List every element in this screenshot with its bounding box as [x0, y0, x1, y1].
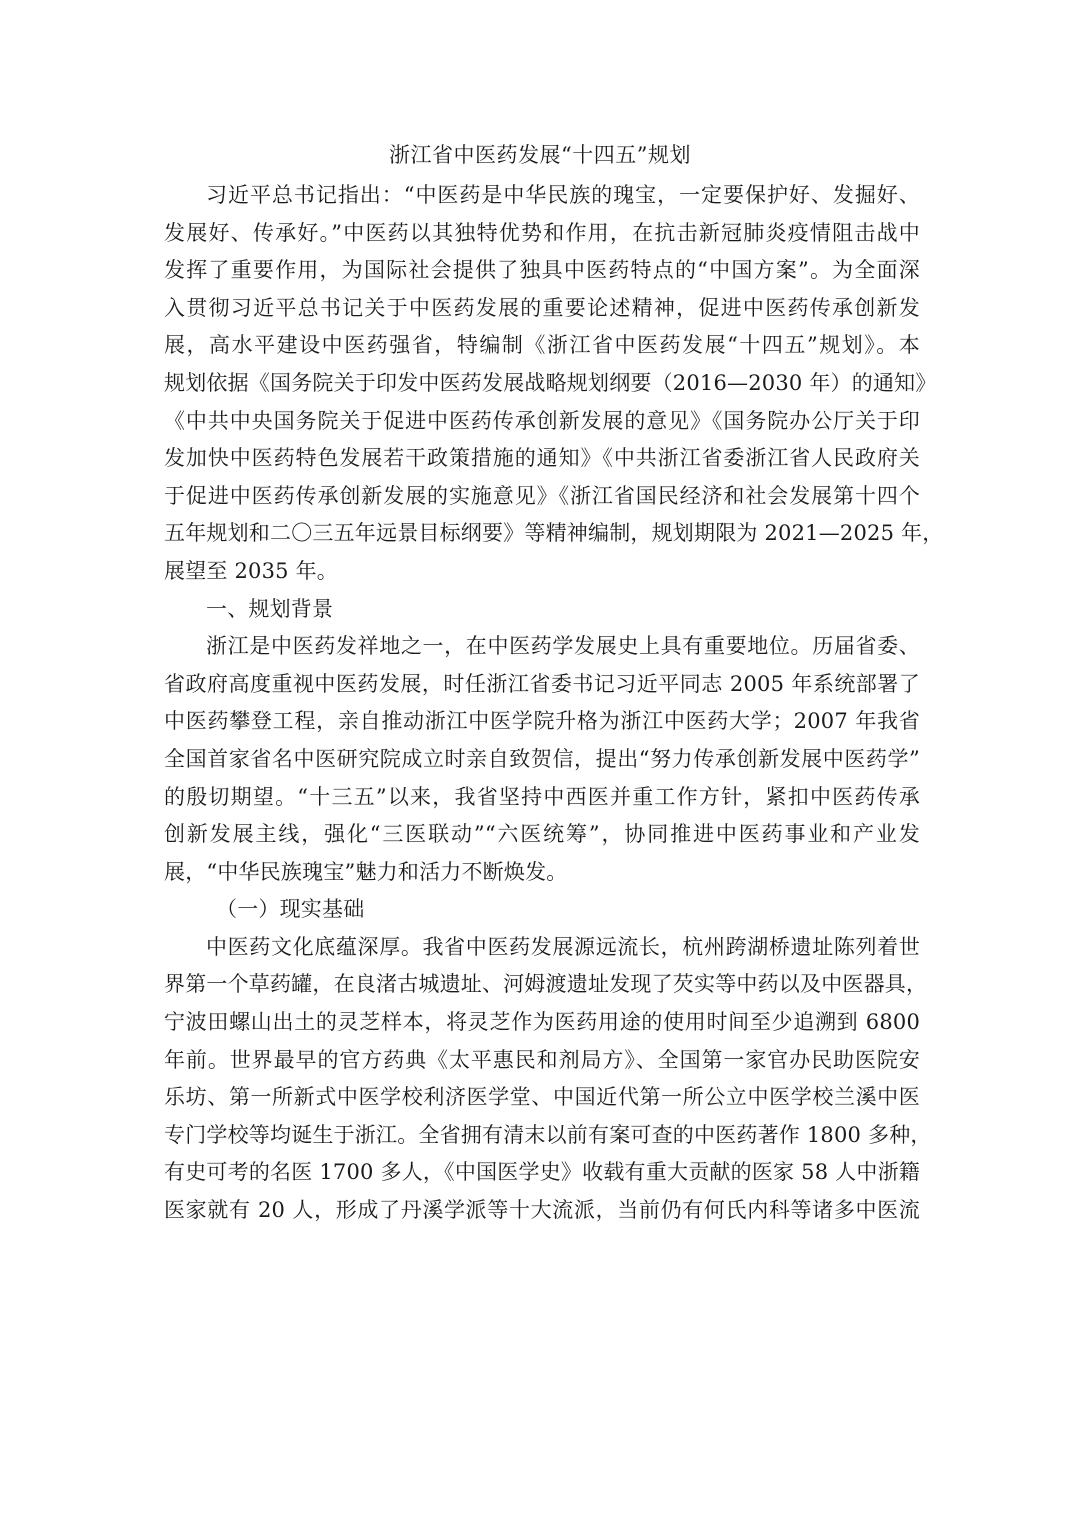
paragraph-line: 五年规划和二〇三五年远景目标纲要》等精神编制，规划期限为 2021—2025 年… [164, 515, 920, 553]
paragraph-line: 发加快中医药特色发展若干政策措施的通知》《中共浙江省委浙江省人民政府关 [164, 440, 920, 478]
paragraph-line: 界第一个草药罐，在良渚古城遗址、河姆渡遗址发现了芡实等中药以及中医器具， [164, 966, 920, 1004]
paragraph-line: 医家就有 20 人，形成了丹溪学派等十大流派，当前仍有何氏内科等诸多中医流 [164, 1192, 920, 1230]
paragraph-line: 中医药攀登工程，亲自推动浙江中医学院升格为浙江中医药大学；2007 年我省 [164, 703, 920, 741]
paragraph-line: 《中共中央国务院关于促进中医药传承创新发展的意见》《国务院办公厅关于印 [164, 403, 920, 441]
paragraph-line: 展，“中华民族瑰宝”魅力和活力不断焕发。 [164, 854, 920, 892]
document-page: 浙江省中医药发展“十四五”规划 习近平总书记指出：“中医药是中华民族的瑰宝，一定… [0, 0, 1080, 1528]
paragraph-line: 省政府高度重视中医药发展，时任浙江省委书记习近平同志 2005 年系统部署了 [164, 666, 920, 704]
paragraph-line: 的殷切期望。“十三五”以来，我省坚持中西医并重工作方针，紧扣中医药传承 [164, 779, 920, 817]
paragraph-line: 有史可考的名医 1700 多人，《中国医学史》收载有重大贡献的医家 58 人中浙… [164, 1154, 920, 1192]
paragraph-line: 中医药文化底蕴深厚。我省中医药发展源远流长，杭州跨湖桥遗址陈列着世 [164, 929, 920, 967]
paragraph-line: 年前。世界最早的官方药典《太平惠民和剂局方》、全国第一家官办民助医院安 [164, 1042, 920, 1080]
paragraph-line: 规划依据《国务院关于印发中医药发展战略规划纲要（2016—2030 年）的通知》 [164, 365, 920, 403]
document-body: 习近平总书记指出：“中医药是中华民族的瑰宝，一定要保护好、发掘好、 发展好、传承… [164, 177, 920, 1230]
paragraph-line: 全国首家省名中医研究院成立时亲自致贺信，提出“努力传承创新发展中医药学” [164, 741, 920, 779]
paragraph-line: 浙江是中医药发祥地之一，在中医药学发展史上具有重要地位。历届省委、 [164, 628, 920, 666]
section-heading: 一、规划背景 [164, 591, 920, 629]
document-title: 浙江省中医药发展“十四五”规划 [0, 138, 1080, 172]
paragraph-line: 发挥了重要作用，为国际社会提供了独具中医药特点的“中国方案”。为全面深 [164, 252, 920, 290]
paragraph-line: 展，高水平建设中医药强省，特编制《浙江省中医药发展“十四五”规划》。本 [164, 327, 920, 365]
paragraph-line: 专门学校等均诞生于浙江。全省拥有清末以前有案可查的中医药著作 1800 多种， [164, 1117, 920, 1155]
paragraph-line: 展望至 2035 年。 [164, 553, 920, 591]
paragraph-line: 习近平总书记指出：“中医药是中华民族的瑰宝，一定要保护好、发掘好、 [164, 177, 920, 215]
paragraph-line: 宁波田螺山出土的灵芝样本，将灵芝作为医药用途的使用时间至少追溯到 6800 [164, 1004, 920, 1042]
paragraph-line: 乐坊、第一所新式中医学校利济医学堂、中国近代第一所公立中医学校兰溪中医 [164, 1079, 920, 1117]
paragraph-line: 于促进中医药传承创新发展的实施意见》《浙江省国民经济和社会发展第十四个 [164, 478, 920, 516]
subsection-heading: （一）现实基础 [164, 891, 920, 929]
paragraph-line: 创新发展主线，强化“三医联动”“六医统筹”，协同推进中医药事业和产业发 [164, 816, 920, 854]
paragraph-line: 发展好、传承好。”中医药以其独特优势和作用，在抗击新冠肺炎疫情阻击战中 [164, 215, 920, 253]
paragraph-line: 入贯彻习近平总书记关于中医药发展的重要论述精神，促进中医药传承创新发 [164, 290, 920, 328]
